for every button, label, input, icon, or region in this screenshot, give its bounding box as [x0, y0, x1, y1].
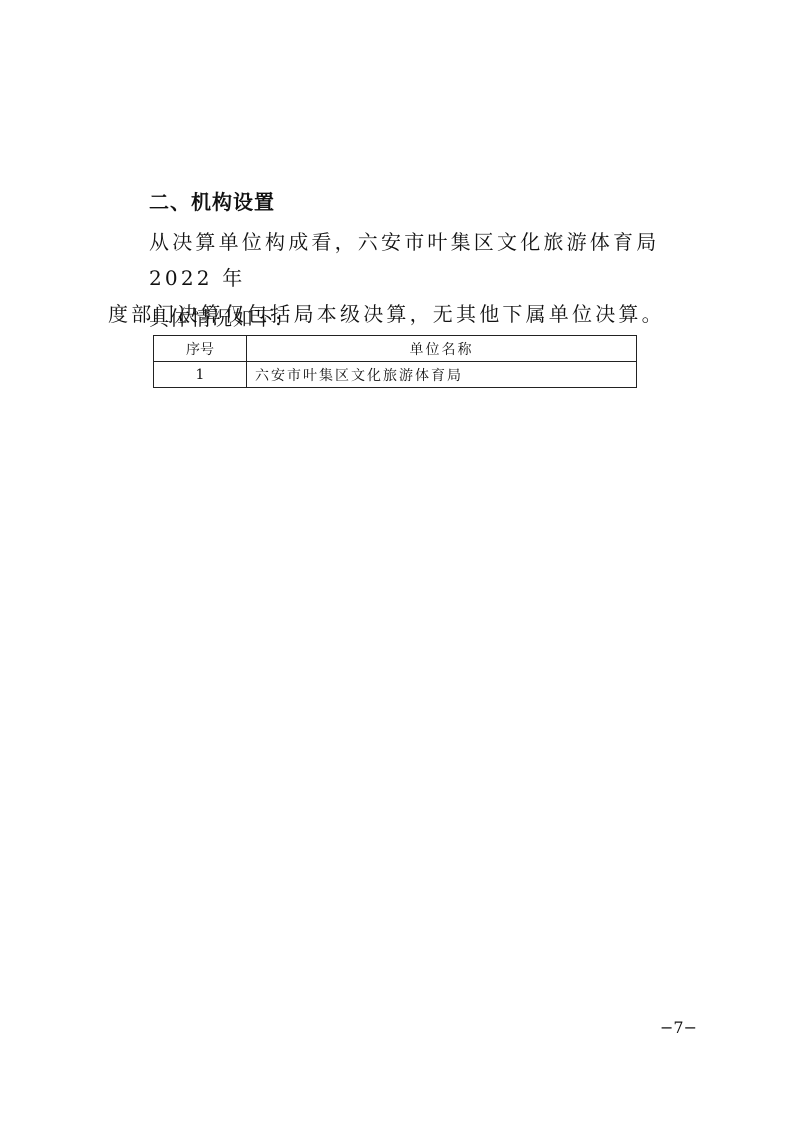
cell-index: 1: [154, 362, 247, 388]
header-unit-name: 单位名称: [247, 336, 637, 362]
units-table: 序号 单位名称 1 六安市叶集区文化旅游体育局: [153, 335, 637, 388]
table-intro: 具体情况如下:: [149, 300, 749, 336]
cell-unit-name: 六安市叶集区文化旅游体育局: [247, 362, 637, 388]
table-row: 1 六安市叶集区文化旅游体育局: [154, 362, 637, 388]
page-number: −7−: [660, 1018, 697, 1037]
header-index: 序号: [154, 336, 247, 362]
section-heading: 二、机构设置: [149, 186, 275, 215]
table-header-row: 序号 单位名称: [154, 336, 637, 362]
paragraph-line-1: 从决算单位构成看，六安市叶集区文化旅游体育局 2022 年: [108, 224, 708, 296]
